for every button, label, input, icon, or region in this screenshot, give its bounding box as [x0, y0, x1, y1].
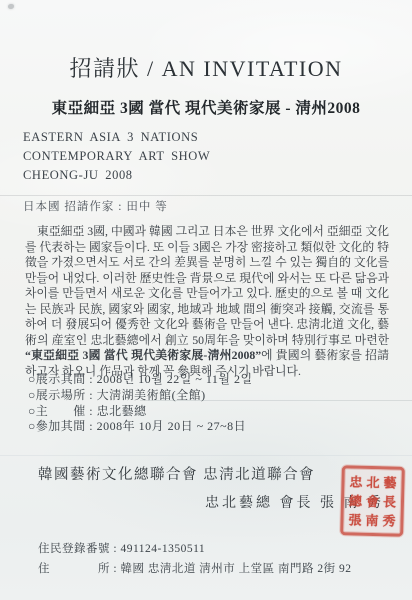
seal-character: 忠 — [347, 472, 364, 491]
exhibition-title-cjk: 東亞細亞 3國 當代 現代美術家展 - 淸州2008 — [0, 96, 412, 118]
invitee-line: 日本國 招請作家 : 田中 等 — [23, 198, 168, 214]
seal-character: 藝 — [381, 473, 398, 492]
seal-character: 會 — [364, 491, 381, 510]
seal-character: 總 — [347, 491, 364, 510]
exhibition-detail-line: ○展示其間 : 2008년 10월 22일 ~ 11월 2일 — [28, 372, 253, 388]
exhibition-title-english: EASTERN ASIA 3 NATIONSCONTEMPORARY ART S… — [23, 128, 210, 184]
body-text-segment: 東亞細亞 3國, 中國과 韓國 그리고 日本은 世界 文化에서 亞細亞 文化를 … — [25, 224, 389, 347]
invitation-body-paragraph: 東亞細亞 3國, 中國과 韓國 그리고 日本은 世界 文化에서 亞細亞 文化를 … — [25, 224, 389, 379]
document-title: 招請狀 / AN INVITATION — [0, 52, 412, 83]
seal-character: 張 — [346, 510, 363, 529]
exhibition-detail-line: ○參加其間 : 2008年 10月 20日 ~ 27~8日 — [28, 419, 253, 435]
seal-character: 秀 — [380, 511, 397, 530]
footer-line: 住 所 : 韓國 忠淸北道 淸州市 上堂區 南門路 2街 92 — [38, 560, 351, 580]
exhibition-details-list: ○展示其間 : 2008년 10월 22일 ~ 11월 2일○展示場所 : 大淸… — [28, 372, 253, 435]
seal-character: 北 — [364, 472, 381, 491]
english-title-line: CHEONG-JU 2008 — [23, 166, 210, 185]
scan-crease-line — [0, 455, 412, 456]
exhibition-detail-line: ○展示場所 : 大淸湖美術館(全館) — [28, 388, 253, 404]
official-seal-stamp: 忠北藝總會長張南秀 — [340, 465, 405, 537]
scan-crease-line — [0, 195, 412, 196]
scanned-invitation-document: 招請狀 / AN INVITATION 東亞細亞 3國 當代 現代美術家展 - … — [0, 0, 412, 600]
seal-character: 南 — [363, 510, 380, 529]
exhibition-detail-line: ○主 催 : 忠北藝總 — [28, 404, 253, 420]
english-title-line: CONTEMPORARY ART SHOW — [23, 147, 210, 166]
body-text-segment: “東亞細亞 3國 當代 現代美術家展-淸州2008” — [25, 348, 261, 362]
scan-speck-artifact — [8, 4, 14, 9]
footer-line: 住民登錄番號 : 491124-1350511 — [38, 540, 351, 560]
organization-name: 韓國藝術文化總聯合會 忠淸北道聯合會 — [38, 463, 315, 484]
seal-character: 長 — [381, 492, 398, 511]
english-title-line: EASTERN ASIA 3 NATIONS — [23, 128, 210, 147]
footer-registration-address: 住民登錄番號 : 491124-1350511住 所 : 韓國 忠淸北道 淸州市… — [38, 540, 351, 579]
